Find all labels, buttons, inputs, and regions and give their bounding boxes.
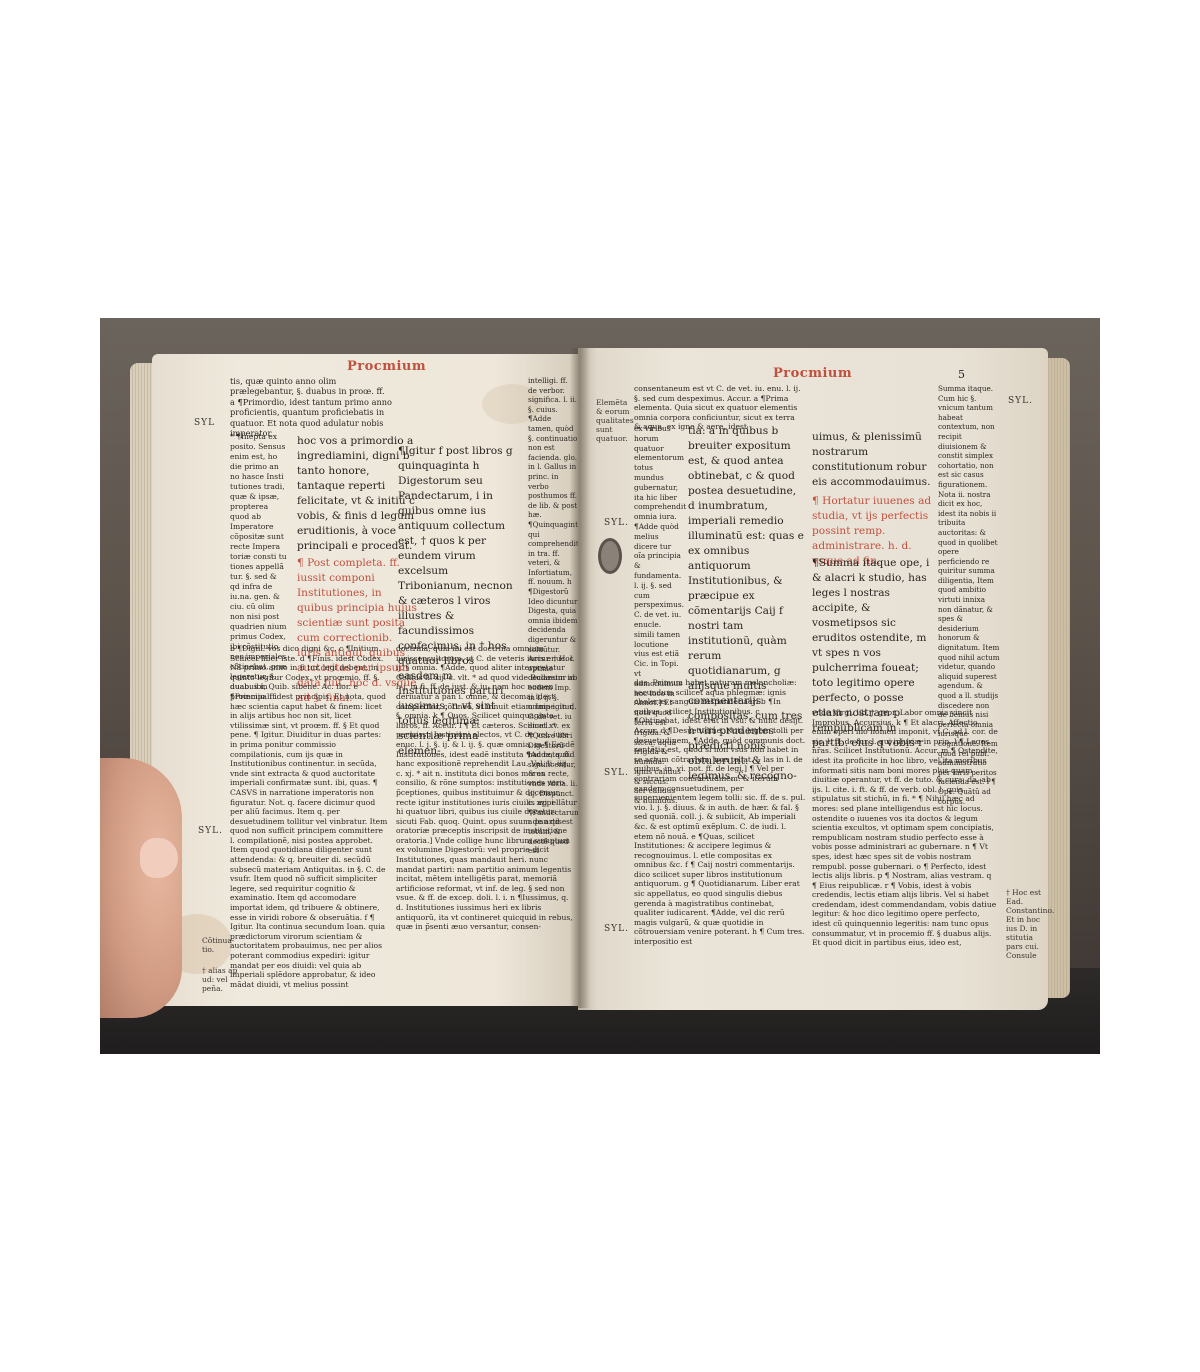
running-head: Procmium (773, 366, 852, 381)
lower-gloss-right: vnde Virgi. lib. j. geor. Labor omnia vi… (812, 708, 998, 948)
margin-siglum: SYL. (604, 924, 629, 934)
margin-note: † Hoc est Ead. Constantino. Et in hoc iu… (1006, 888, 1042, 960)
book-photograph: Procmium SYL SYL. Cõtinua-tio. † alias a… (100, 318, 1100, 1054)
margin-siglum: SYL. (1008, 396, 1033, 406)
margin-siglum: SYL (194, 418, 215, 428)
margin-siglum: SYL. (198, 826, 223, 836)
main-text-continued: uimus, & plenissimũ nostrarum constituti… (812, 430, 932, 490)
book-gutter (570, 348, 590, 1008)
ink-blot (598, 538, 622, 574)
page-number: 5 (958, 368, 965, 381)
lower-gloss-right: doctrina, quia ibi est doctrina omnium i… (396, 644, 578, 932)
right-page: Procmium 5 Elemẽta & eorum qualitates su… (578, 348, 1048, 1010)
lower-gloss-left: dus. Primum habet naturam melancholiæ: s… (634, 678, 806, 947)
top-gloss: tis, quæ quinto anno olim prælegebantur,… (230, 376, 395, 438)
margin-note: Elemẽta & eorum qualitates sunt quatuor. (596, 398, 634, 443)
margin-siglum: SYL. (604, 518, 629, 528)
hand-holding-book (100, 758, 182, 1018)
running-head: Procmium (347, 359, 426, 374)
margin-siglum: SYL. (604, 768, 629, 778)
thumbnail (140, 838, 178, 878)
left-page: Procmium SYL SYL. Cõtinua-tio. † alias a… (152, 354, 582, 1006)
lower-gloss-left: b ¶Digni. vos dico digni &c. c ¶Initium.… (230, 644, 390, 989)
